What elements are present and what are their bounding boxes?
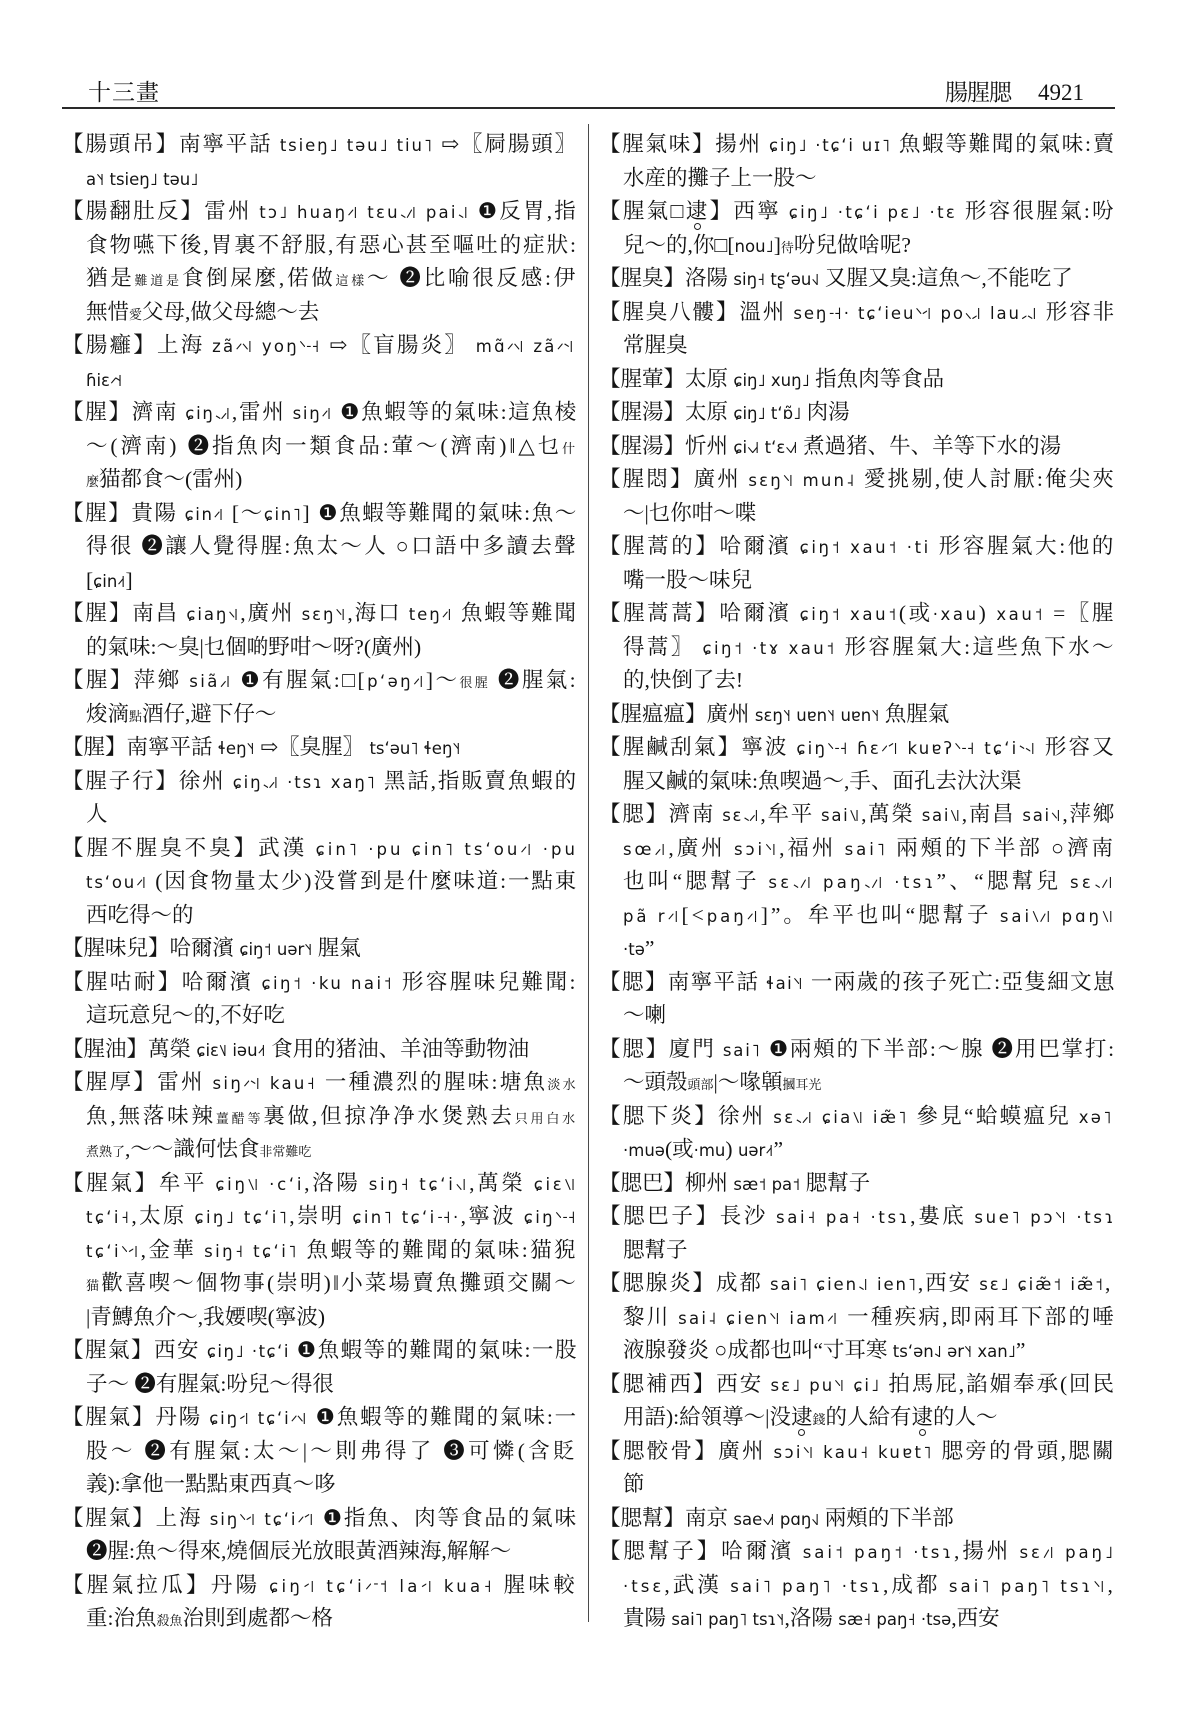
dictionary-entry: 【腥氣】上海 siŋ˥˧˦ tɕʻi˨˦˥ ❶指魚、肉等食品的氣味❷腥:魚～得來…	[62, 1502, 578, 1569]
dictionary-entry: 【腮巴子】長沙 sai˧ pa˧ ·tsɿ,婁底 sue˥ pɔ˥˧ ·tsɿ腮…	[599, 1200, 1116, 1267]
ipa-transcription: sae˧˩˦ pɑŋ˧˩	[733, 1510, 819, 1529]
text-run: 參見“蛤蟆瘟兒	[909, 1104, 1079, 1128]
line-text: 【腥蒿的】哈爾濱 ɕiŋ˦ xau˦ ·ti 形容腥氣大:他的	[599, 530, 1116, 565]
text-run: ～喇	[623, 1003, 666, 1027]
text-segment: 【腥氣】上海 siŋ˥˧˦ tɕʻi˨˦˥ ❶指魚、肉等食品的氣味	[62, 1506, 578, 1530]
text-run: ❶有腥氣:□[	[233, 668, 367, 692]
ipa-transcription: ɕiŋ˩ tʻɒ̃˩	[733, 404, 801, 423]
text-run: 股～ ❷有腥氣:太～|～則弗得了 ❸可憐(含貶	[86, 1439, 578, 1463]
text-run: 【腥子行】徐州	[62, 769, 233, 793]
ipa-transcription: ɦiɛ˨˦˧	[86, 371, 122, 390]
text-run: ,西安	[918, 1271, 979, 1295]
text-segment: 【腥氣□	[599, 199, 686, 223]
ipa-transcription: sɛ˩ pu˥˧ ɕi˩	[771, 1376, 882, 1395]
dictionary-entry: 【腥悶】廣州 sɛŋ˥˧ mun˨ 愛挑剔,使人討厭:俺尖夾～|乜你咁～喋	[599, 463, 1116, 530]
text-segment: 【腥臭八髏】溫州 seŋ˧˧· tɕʻieu˥˧˦ po˧˩˨ lau˩˨˩ 形…	[599, 300, 1116, 324]
text-segment: sœ˩˧,廣州 sɔi˥˧,福州 sai˥ 兩頰的下半部 ○濟南	[623, 836, 1116, 860]
line-text: 麼猫都食～(雷州)	[86, 463, 242, 499]
ipa-transcription: sæ˧ paŋ˧ ·tsə	[838, 1610, 951, 1629]
text-segment: |青鱄魚介～,我婹喫(寧波)	[86, 1305, 325, 1329]
ipa-transcription: siŋ˧ tɕʻi˥	[204, 1242, 299, 1261]
text-run: ”	[773, 1137, 783, 1161]
entry-line: 這玩意兒～的,不好吃	[62, 999, 578, 1033]
text-run: 焌滴	[86, 702, 129, 726]
text-run: 腥氣	[312, 936, 360, 960]
text-run: 【腥湯】太原	[599, 400, 733, 424]
text-run: ”	[1016, 1338, 1026, 1362]
text-run: 【腥湯】忻州	[599, 434, 733, 458]
gloss-note: 摑耳光	[782, 1077, 821, 1092]
dictionary-entry: 【腮幫】南京 sae˧˩˦ pɑŋ˧˩ 兩頰的下半部	[599, 1502, 1116, 1536]
text-segment: ❷腥氣:	[490, 668, 578, 692]
text-run: ]	[774, 233, 781, 257]
text-run: ❷腥:魚～得來,燒個辰光放眼黃酒辣海,解解～	[86, 1539, 511, 1563]
entry-line: 食物嚥下後,胃裏不舒服,有惡心甚至嘔吐的症狀:	[62, 229, 578, 263]
text-run: ❷腥氣:	[490, 668, 578, 692]
dictionary-entry: 【腮下炎】徐州 sɛ˨˩˧ ɕia˥˩ iæ̃˥ 參見“蛤蟆瘟兒 xə˥·muə…	[599, 1100, 1116, 1167]
gloss-note: 麼	[86, 474, 99, 489]
text-run: ❶指魚、肉等食品的氣味	[315, 1506, 578, 1530]
marked-character: 逮	[686, 201, 710, 223]
text-segment: ❷腥:魚～得來,燒個辰光放眼黃酒辣海,解解～	[86, 1539, 511, 1563]
line-text: 【腥氣味】揚州 ɕiŋ˩ ·tɕʻi uɪ˥ 魚蝦等難聞的氣味:賣	[599, 128, 1116, 163]
text-segment: 【腮】南寧平話 ɬai˥˧ 一兩歲的孩子死亡:亞隻細文崽	[599, 970, 1116, 994]
line-text: 貴陽 sai˥ paŋ˥ tsɿ˥˧,洛陽 sæ˧ paŋ˧ ·tsə,西安	[623, 1602, 1000, 1637]
entry-line: 【腸頭吊】南寧平話 tsieŋ˩ təu˩ tiu˥ ⇨〖屙腸頭〗	[62, 128, 578, 162]
ipa-transcription: teŋ˨˦	[409, 605, 454, 624]
ipa-transcription: tsʻən˨˩ ər˥˧ xan˩	[893, 1342, 1016, 1361]
line-text: |青鱄魚介～,我婹喫(寧波)	[86, 1301, 325, 1335]
entry-line: 西吃得～的	[62, 899, 578, 933]
text-segment: 【腮巴子】長沙 sai˧ pa˧ ·tsɿ,婁底 sue˥ pɔ˥˧ ·tsɿ	[599, 1204, 1116, 1228]
text-run: |青鱄魚介～,我婹喫(寧波)	[86, 1305, 325, 1329]
header-rule	[62, 107, 1115, 109]
gloss-note: 非常難吃	[259, 1144, 311, 1159]
text-segment: 【腥臭】洛陽 siŋ˧ tʂʻəu˧˩ 又腥又臭:這魚～,不能吃了	[599, 266, 1073, 290]
ipa-transcription: ɕin˥ ·pu ɕin˥ tsʻou˨˦ ·pu	[316, 840, 578, 859]
text-segment: 【腥湯】太原 ɕiŋ˩ tʻɒ̃˩ 肉湯	[599, 400, 850, 424]
text-run: 裏做,但掠净净水煲熟去	[263, 1104, 514, 1128]
text-segment: 【腥悶】廣州 sɛŋ˥˧ mun˨ 愛挑剔,使人討厭:俺尖夾	[599, 467, 1116, 491]
text-run: 無惜	[86, 300, 129, 324]
ipa-transcription: sɛŋ˥˧ mun˨	[748, 471, 856, 490]
entry-line: 【腸翻肚反】雷州 tɔ˩ huaŋ˨˦ tɛu˨˩˦ pai˨˩ ❶反胃,指	[62, 195, 578, 229]
line-text: 煮熟了,～～識何怯食非常難吃	[86, 1133, 311, 1169]
line-text: 猶是難道是食倒屎麼,偌做這樣～ ❷比喻很反感:伊	[86, 262, 578, 298]
ipa-transcription: tɕʻi˥˧˦	[86, 1242, 141, 1261]
line-text: tsʻou˨˦ (因食物量太少)没嘗到是什麼味道:一點東	[86, 865, 578, 900]
entry-line: 節	[599, 1468, 1116, 1502]
ipa-transcription: ɕin˥	[264, 505, 303, 524]
text-run: 腥又鹹的氣味:魚喫過～,手、面孔去汏汏渠	[623, 769, 1021, 793]
line-text: tɕʻi˥˧˦,金華 siŋ˧ tɕʻi˥ 魚蝦等的難聞的氣味:猫猊	[86, 1234, 578, 1269]
ipa-transcription: ·xau	[933, 605, 979, 624]
text-run: 食用的猪油、羊油等動物油	[266, 1037, 529, 1061]
text-run: 腮幫子	[623, 1238, 688, 1262]
text-run: 愛挑剔,使人討厭:俺尖夾	[856, 467, 1116, 491]
text-segment: 腮幫子	[623, 1238, 688, 1262]
ipa-transcription: ɕiŋ˦ xau˦ ·ti	[800, 538, 931, 557]
text-run: 【腸翻肚反】雷州	[62, 199, 259, 223]
text-run: ,廣州	[668, 836, 734, 860]
text-run: ,揚州	[954, 1539, 1019, 1563]
text-run: 【腥咕耐】哈爾濱	[62, 970, 261, 994]
dictionary-entry: 【腥】濟南 ɕiŋ˨˩˧,雷州 siŋ˨˦ ❶魚蝦等的氣味:這魚棱～(濟南) ❷…	[62, 396, 578, 497]
text-run: ❶兩頰的下半部:～腺 ❷用巴掌打:	[762, 1037, 1116, 1061]
ipa-transcription: ɕiŋ˦ uər˥˧	[239, 940, 312, 959]
gloss-note: 殺魚	[156, 1613, 182, 1628]
entry-line: 嘴一股～味兒	[599, 564, 1116, 598]
text-run: 液腺發炎 ○成都也叫“寸耳寒	[623, 1338, 893, 1362]
ipa-transcription: a˥˧ tsieŋ˩ təu˩	[86, 170, 198, 189]
line-text: 【腥子行】徐州 ɕiŋ˨˩˧ ·tsɿ xaŋ˥ 黑話,指販賣魚蝦的	[62, 765, 578, 800]
text-run: 【腮】濟南	[599, 802, 722, 826]
text-run: 形容非	[1039, 300, 1116, 324]
line-text: 【腥】濟南 ɕiŋ˨˩˧,雷州 siŋ˨˦ ❶魚蝦等的氣味:這魚棱	[62, 396, 578, 431]
text-segment: 用語):給領導～|没	[623, 1405, 791, 1429]
text-segment: 【腸翻肚反】雷州 tɔ˩ huaŋ˨˦ tɛu˨˩˦ pai˨˩ ❶反胃,指	[62, 199, 578, 223]
text-segment: 【腮補西】西安 sɛ˩ pu˥˧ ɕi˩ 拍馬屁,諂媚奉承(回民	[599, 1372, 1116, 1396]
ipa-transcription: ɕiŋ˨˩˧	[185, 404, 232, 423]
ipa-transcription: siŋ˥˧˦ tɕʻi˨˦˥	[210, 1510, 316, 1529]
running-head-characters: 腸腥腮	[945, 78, 1011, 108]
dictionary-entry: 【腥咕耐】哈爾濱 ɕiŋ˦ ·ku nai˦ 形容腥味兒難聞:這玩意兒～的,不好…	[62, 966, 578, 1033]
entry-line: 腮幫子	[599, 1234, 1116, 1268]
entry-line: 兒～的,你□[nou˩]待吩兒做啥呢?	[599, 229, 1116, 263]
line-text: 【腥】南寧平話 ɬeŋ˥˧ ⇨〖臭腥〗 tsʻəu˥ ɬeŋ˥˧	[62, 731, 461, 766]
ipa-transcription: uər˨˦	[738, 1141, 774, 1160]
entry-line: 也叫“腮幫子 sɛ˨˩˦ paŋ˨˩˦ ·tsɿ”、“腮幫兒 sɛ˨˩˦	[599, 865, 1116, 899]
ipa-transcription: ·muə	[623, 1141, 665, 1160]
entry-line: ❷腥:魚～得來,燒個辰光放眼黃酒辣海,解解～	[62, 1535, 578, 1569]
text-segment: 嘴一股～味兒	[623, 568, 752, 592]
entry-line: 【腥葷】太原 ɕiŋ˩ xuŋ˩ 指魚肉等食品	[599, 363, 1116, 397]
entry-line: 【腮幫】南京 sae˧˩˦ pɑŋ˧˩ 兩頰的下半部	[599, 1502, 1116, 1536]
text-run: ⇨〖盲腸炎〗	[322, 333, 476, 357]
text-run: ,	[1108, 1573, 1116, 1597]
text-run: 【腮】廈門	[599, 1037, 723, 1061]
line-text: 【腥氣拉瓜】丹陽 ɕiŋ˧˦ tɕʻi˨˦˦ la˧˦ kua˧ 腥味較	[62, 1569, 578, 1604]
text-segment: 食物嚥下後,胃裏不舒服,有惡心甚至嘔吐的症狀:	[86, 233, 578, 257]
line-text: 【腮巴子】長沙 sai˧ pa˧ ·tsɿ,婁底 sue˥ pɔ˥˧ ·tsɿ	[599, 1200, 1116, 1235]
line-text: 人	[86, 798, 108, 832]
text-run: (或	[899, 601, 933, 625]
text-run: ～|乜你咁～喋	[623, 501, 756, 525]
text-run: |～喙顊	[714, 1070, 783, 1094]
entry-line: tsʻou˨˦ (因食物量太少)没嘗到是什麼味道:一點東	[62, 865, 578, 899]
entry-line: ～|乜你咁～喋	[599, 497, 1116, 531]
text-segment: 【腥油】萬榮 ɕiɛ˥˩ iəu˨˦ 食用的猪油、羊油等動物油	[62, 1037, 529, 1061]
ipa-transcription: ɕiŋ˨˩˧ ·tsɿ xaŋ˥	[233, 773, 377, 792]
text-segment: 【腥厚】雷州 siŋ˨˦˧ kau˧ 一種濃烈的腥味:塘魚	[62, 1070, 547, 1094]
text-run: 【腥臭八髏】溫州	[599, 300, 793, 324]
text-segment: 猫都食～(雷州)	[99, 467, 242, 491]
line-text: 【腥湯】忻州 ɕi˧˩˧ tʻɛ˧˩˦ 煮過猪、牛、羊等下水的湯	[599, 430, 1061, 465]
text-run: ,洛陽	[784, 1606, 838, 1630]
text-segment: 這玩意兒～的,不好吃	[86, 1003, 285, 1027]
text-segment: 焌滴	[86, 702, 129, 726]
text-segment: 【腥咕耐】哈爾濱 ɕiŋ˦ ·ku nai˦ 形容腥味兒難聞:	[62, 970, 578, 994]
text-segment: 【腥】南寧平話 ɬeŋ˥˧ ⇨〖臭腥〗 tsʻəu˥ ɬeŋ˥˧	[62, 735, 461, 759]
text-run: 貴陽	[623, 1606, 671, 1630]
text-run: ⇨〖屙腸頭〗	[434, 132, 578, 156]
ipa-transcription: sai˥˩	[821, 806, 861, 825]
entry-line: 【腥臭八髏】溫州 seŋ˧˧· tɕʻieu˥˧˦ po˧˩˨ lau˩˨˩ 形…	[599, 296, 1116, 330]
line-text: ·tə”	[623, 932, 654, 967]
line-text: 【腥油】萬榮 ɕiɛ˥˩ iəu˨˦ 食用的猪油、羊油等動物油	[62, 1033, 529, 1068]
line-text: 【腥】貴陽 ɕin˨˦ [～ɕin˥] ❶魚蝦等難聞的氣味:魚～	[62, 497, 578, 532]
entry-line: 【腥蒿的】哈爾濱 ɕiŋ˦ xau˦ ·ti 形容腥氣大:他的	[599, 530, 1116, 564]
line-text: pã r˨˦[<paŋ˨˦]”。牟平也叫“腮幫子 sai˥˩˦ pɑŋ˥˩	[623, 899, 1116, 934]
text-segment: 裏做,但掠净净水煲熟去	[263, 1104, 514, 1128]
text-run: ,福州	[779, 836, 845, 860]
text-segment: 吩兒做啥呢?	[794, 233, 911, 257]
line-text: 【腥】萍鄉 siã˩˧ ❶有腥氣:□[pʻəŋ˨˦]～很腥 ❷腥氣:	[62, 664, 578, 700]
text-segment: ·tsɛ,武漢 sai˥ paŋ˥ ·tsɿ,成都 sai˥ paŋ˥ tsɿ˥…	[623, 1573, 1116, 1597]
ipa-transcription: ɕiŋ˧˦ tɕʻi˨˦˨	[209, 1409, 308, 1428]
text-run: 【腥厚】雷州	[62, 1070, 213, 1094]
text-run: 【腥不腥臭不臭】武漢	[62, 836, 316, 860]
entry-line: ɦiɛ˨˦˧	[62, 363, 578, 397]
entry-line: 【腮】濟南 sɛ˨˩˧,牟平 sai˥˩,萬榮 sai˥˩,南昌 sai˦˨,萍…	[599, 798, 1116, 832]
text-segment: 子～ ❷有腥氣:吩兒～得很	[86, 1372, 334, 1396]
line-text: [ɕin˨˦]	[86, 564, 133, 599]
entry-line: 用語):給領導～|没逮錢的人給有逮的人～	[599, 1401, 1116, 1435]
ipa-transcription: seŋ˧˧· tɕʻieu˥˧˦ po˧˩˨ lau˩˨˩	[793, 304, 1038, 323]
text-segment: 得很 ❷讓人覺得腥:魚太～人 ○口語中多讀去聲	[86, 534, 578, 558]
ipa-transcription: sɔi˥˧ kau˧ kuɐt˥	[774, 1443, 934, 1462]
text-run: 形容腥味兒難聞:	[394, 970, 578, 994]
ipa-transcription: ɕiŋ˩ ·tɕʻi pɛ˩ ·tɛ	[789, 203, 957, 222]
text-segment: 【腮下炎】徐州 sɛ˨˩˧ ɕia˥˩ iæ̃˥ 參見“蛤蟆瘟兒 xə˥	[599, 1104, 1114, 1128]
ipa-transcription: zã˨˦˨ yoŋ˥˧˧	[212, 337, 322, 356]
ipa-transcription: ɕiŋ˦ ·tɤ xau˦	[703, 639, 837, 658]
line-text: 【腥氣】牟平 ɕiŋ˥˩ ·cʻi,洛陽 siŋ˧ tɕʻi˧˩,萬榮 ɕiɛ˥…	[62, 1167, 578, 1202]
text-run: 腮旁的骨頭,腮關	[934, 1439, 1116, 1463]
text-run: 形容很腥氣:吩	[957, 199, 1116, 223]
gloss-note: 薑醋等	[216, 1111, 263, 1126]
ipa-transcription: ɕiŋ˥˩ ·cʻi	[215, 1175, 304, 1194]
text-run: ❶魚蝦等的難聞的氣味:一	[308, 1405, 578, 1429]
ipa-transcription: sai˥ paŋ˥ tsɿ˥˧	[671, 1610, 784, 1629]
line-text: a˥˧ tsieŋ˩ təu˩	[86, 162, 198, 197]
text-run: 【腥葷】太原	[599, 367, 733, 391]
text-segment: 【腥子行】徐州 ɕiŋ˨˩˧ ·tsɿ xaŋ˥ 黑話,指販賣魚蝦的	[62, 769, 578, 793]
text-segment: 【腥湯】忻州 ɕi˧˩˧ tʻɛ˧˩˦ 煮過猪、牛、羊等下水的湯	[599, 434, 1061, 458]
line-text: 【腥咕耐】哈爾濱 ɕiŋ˦ ·ku nai˦ 形容腥味兒難聞:	[62, 966, 578, 1001]
marked-character: 逮	[791, 1407, 813, 1429]
ipa-transcription: sɔi˥˧	[734, 840, 779, 859]
text-run: 食物嚥下後,胃裏不舒服,有惡心甚至嘔吐的症狀:	[86, 233, 578, 257]
entry-line: 【腥鹹刮氣】寧波 ɕiŋ˥˧˧ ɦɛ˨˦˥ kuɐʔ˥˧˧ tɕʻi˦˧˨ 形容…	[599, 731, 1116, 765]
text-run: 【腥臭】洛陽	[599, 266, 733, 290]
ipa-transcription: siŋ˧ tʂʻəu˧˩	[733, 270, 819, 289]
text-run: 【腥】萍鄉	[62, 668, 189, 692]
line-text: ～喇	[623, 999, 666, 1033]
dictionary-entry: 【腮補西】西安 sɛ˩ pu˥˧ ɕi˩ 拍馬屁,諂媚奉承(回民用語):給領導～…	[599, 1368, 1116, 1435]
ipa-transcription: paŋ˨˦	[707, 907, 761, 926]
entry-line: 【腥】萍鄉 siã˩˧ ❶有腥氣:□[pʻəŋ˨˦]～很腥 ❷腥氣:	[62, 664, 578, 698]
line-text: 焌滴點酒仔,避下仔～	[86, 698, 276, 734]
text-run: [<	[682, 903, 707, 927]
text-run: 又腥又臭:這魚～,不能吃了	[819, 266, 1072, 290]
text-segment: ～|乜你咁～喋	[623, 501, 756, 525]
dictionary-entry: 【腥油】萬榮 ɕiɛ˥˩ iəu˨˦ 食用的猪油、羊油等動物油	[62, 1033, 578, 1067]
ipa-transcription: ɕin˨˦	[185, 505, 225, 524]
text-run: 【腮】南寧平話	[599, 970, 766, 994]
entry-line: |青鱄魚介～,我婹喫(寧波)	[62, 1301, 578, 1335]
ipa-transcription: ɕiŋ˧˦ tɕʻi˨˦˦ la˧˦ kua˧	[269, 1577, 495, 1596]
entry-line: [ɕin˨˦]	[62, 564, 578, 598]
entry-line: 腥又鹹的氣味:魚喫過～,手、面孔去汏汏渠	[599, 765, 1116, 799]
gloss-note: 難道是	[135, 273, 182, 288]
text-run: ,寧波	[461, 1204, 524, 1228]
entry-line: sœ˩˧,廣州 sɔi˥˧,福州 sai˥ 兩頰的下半部 ○濟南	[599, 832, 1116, 866]
line-text: 腮幫子	[623, 1234, 688, 1268]
entry-line: ·tsɛ,武漢 sai˥ paŋ˥ ·tsɿ,成都 sai˥ paŋ˥ tsɿ˥…	[599, 1569, 1116, 1603]
text-run: ,金華	[141, 1238, 204, 1262]
text-segment: 【腥】萍鄉 siã˩˧ ❶有腥氣:□[pʻəŋ˨˦]～	[62, 668, 459, 692]
text-run: ,萬榮	[469, 1171, 534, 1195]
line-text: 【腮】廈門 sai˥ ❶兩頰的下半部:～腺 ❷用巴掌打:	[599, 1033, 1116, 1068]
text-segment: 【腥】南昌 ɕiaŋ˦˨,廣州 sɛŋ˥˧,海口 teŋ˨˦ 魚蝦等難聞	[62, 601, 578, 625]
line-text: 這玩意兒～的,不好吃	[86, 999, 285, 1033]
dictionary-entry: 【腥臭】洛陽 siŋ˧ tʂʻəu˧˩ 又腥又臭:這魚～,不能吃了	[599, 262, 1116, 296]
gloss-note: 什	[562, 441, 578, 456]
line-text: 【腥鹹刮氣】寧波 ɕiŋ˥˧˧ ɦɛ˨˦˥ kuɐʔ˥˧˧ tɕʻi˦˧˨ 形容…	[599, 731, 1116, 766]
entry-line: 【腥】南寧平話 ɬeŋ˥˧ ⇨〖臭腥〗 tsʻəu˥ ɬeŋ˥˧	[62, 731, 578, 765]
line-text: 用語):給領導～|没逮錢的人給有逮的人～	[623, 1401, 998, 1437]
ipa-transcription: ɕiŋ˩ xuŋ˩	[733, 371, 809, 390]
text-segment: 也叫“腮幫子 sɛ˨˩˦ paŋ˨˩˦ ·tsɿ”、“腮幫兒 sɛ˨˩˦	[623, 869, 1116, 893]
text-run: 形容又	[1037, 735, 1116, 759]
ipa-transcription: tɔ˩ huaŋ˨˦ tɛu˨˩˦ pai˨˩	[259, 203, 470, 222]
ipa-transcription: ɬeŋ˥˧	[218, 739, 255, 758]
ipa-transcription: ɬai˥˧	[766, 974, 804, 993]
ipa-transcription: ɕiaŋ˦˨	[186, 605, 240, 624]
line-text: 水産的攤子上一股～	[623, 162, 817, 196]
text-segment: 義):拿他一點點東西真～哆	[86, 1472, 336, 1496]
ipa-transcription: sai˦˨	[1022, 806, 1062, 825]
ipa-transcription: siŋ˧ tɕʻi˧˩	[369, 1175, 469, 1194]
line-text: 【腥氣】上海 siŋ˥˧˦ tɕʻi˨˦˥ ❶指魚、肉等食品的氣味	[62, 1502, 578, 1537]
entry-line: ·muə(或·mu) uər˨˦”	[599, 1133, 1116, 1167]
text-segment: 人	[86, 802, 108, 826]
entry-line: 【腥氣】西安 ɕiŋ˩ ·tɕʻi ❶魚蝦等的難聞的氣味:一股	[62, 1334, 578, 1368]
text-run: 魚腥氣	[879, 702, 949, 726]
text-segment: 水産的攤子上一股～	[623, 166, 817, 190]
ipa-transcription: sɛ˩ ɕiæ̃˦ iæ̃˦	[979, 1275, 1105, 1294]
entry-line: 【腥】南昌 ɕiaŋ˦˨,廣州 sɛŋ˥˧,海口 teŋ˨˦ 魚蝦等難聞	[62, 597, 578, 631]
text-segment: tɕʻi˥˧˦,金華 siŋ˧ tɕʻi˥ 魚蝦等的難聞的氣味:猫猊	[86, 1238, 578, 1262]
text-run: 西吃得～的	[86, 903, 194, 927]
text-segment: 【腮】廈門 sai˥ ❶兩頰的下半部:～腺 ❷用巴掌打:	[599, 1037, 1116, 1061]
text-run: 也叫“腮幫子	[623, 869, 768, 893]
text-segment: 魚,無落味辣	[86, 1104, 216, 1128]
text-segment: 【腥】濟南 ɕiŋ˨˩˧,雷州 siŋ˨˦ ❶魚蝦等的氣味:這魚棱	[62, 400, 578, 424]
text-run: 嘴一股～味兒	[623, 568, 752, 592]
text-run: 【腮幫】南京	[599, 1506, 733, 1530]
text-segment: 股～ ❷有腥氣:太～|～則弗得了 ❸可憐(含貶	[86, 1439, 578, 1463]
text-run: ,牟平	[760, 802, 821, 826]
dictionary-entry: 【腸癰】上海 zã˨˦˨ yoŋ˥˧˧ ⇨〖盲腸炎〗 mɑ̃˨˦˨ zã˨˦˧ɦ…	[62, 329, 578, 396]
text-run: ”、“腮幫兒	[937, 869, 1070, 893]
entry-line: 【腮】廈門 sai˥ ❶兩頰的下半部:～腺 ❷用巴掌打:	[599, 1033, 1116, 1067]
text-run: ～頭殼	[623, 1070, 688, 1094]
text-run: 腮幫子	[800, 1171, 870, 1195]
text-run: 【腮骹骨】廣州	[599, 1439, 774, 1463]
text-segment: |～喙顊	[714, 1070, 783, 1094]
text-run: ]	[125, 568, 132, 592]
text-run: 【腥氣】西安	[62, 1338, 207, 1362]
entry-line: 常腥臭	[599, 329, 1116, 363]
dictionary-entry: 【腥】貴陽 ɕin˨˦ [～ɕin˥] ❶魚蝦等難聞的氣味:魚～得很 ❷讓人覺得…	[62, 497, 578, 598]
ipa-transcription: ɕin˥ tɕʻi˧˧·	[352, 1208, 460, 1227]
ipa-transcription: sue˥ pɔ˥˧ ·tsɿ	[974, 1208, 1116, 1227]
ipa-transcription: xə˥	[1079, 1108, 1114, 1127]
line-text: 【腥味兒】哈爾濱 ɕiŋ˦ uər˥˧ 腥氣	[62, 932, 361, 967]
line-text: 猫歡喜喫～個物事(崇明)‖小菜場賣魚攤頭交關～	[86, 1267, 578, 1303]
text-run: 【腥氣拉瓜】丹陽	[62, 1573, 269, 1597]
text-run: 【腥油】萬榮	[62, 1037, 196, 1061]
text-run: ,崇明	[289, 1204, 352, 1228]
ipa-transcription: sɛ˨˩˦	[1070, 873, 1116, 892]
text-segment: 【腥氣】丹陽 ɕiŋ˧˦ tɕʻi˨˦˨ ❶魚蝦等的難聞的氣味:一	[62, 1405, 578, 1429]
text-run: 【腮腺炎】成都	[599, 1271, 770, 1295]
text-run: ,武漢	[664, 1573, 730, 1597]
entry-line: 【腮腺炎】成都 sai˥ ɕien˨˩ ien˥,西安 sɛ˩ ɕiæ̃˦ iæ…	[599, 1267, 1116, 1301]
entry-line: ·tə”	[599, 932, 1116, 966]
text-run: 猫都食～(雷州)	[99, 467, 242, 491]
line-text: 【腥葷】太原 ɕiŋ˩ xuŋ˩ 指魚肉等食品	[599, 363, 944, 398]
line-text: 兒～的,你□[nou˩]待吩兒做啥呢?	[623, 229, 911, 265]
dictionary-entry: 【腮骹骨】廣州 sɔi˥˧ kau˧ kuɐt˥ 腮旁的骨頭,腮關節	[599, 1435, 1116, 1502]
entry-line: ～頭殼頭部|～喙顊摑耳光	[599, 1066, 1116, 1100]
entry-line: a˥˧ tsieŋ˩ təu˩	[62, 162, 578, 196]
text-run: 指魚肉等食品	[810, 367, 944, 391]
gloss-note: 淡水	[547, 1077, 578, 1092]
entry-line: 【腮補西】西安 sɛ˩ pu˥˧ ɕi˩ 拍馬屁,諂媚奉承(回民	[599, 1368, 1116, 1402]
text-segment: ,～～識何怯食	[125, 1137, 259, 1161]
text-segment: 【腸頭吊】南寧平話 tsieŋ˩ təu˩ tiu˥ ⇨〖屙腸頭〗	[62, 132, 578, 156]
line-text: 嘴一股～味兒	[623, 564, 752, 598]
text-segment: 的人給有	[825, 1405, 911, 1429]
text-run: 用語):給領導～|没	[623, 1405, 791, 1429]
line-text: 【腥臭】洛陽 siŋ˧ tʂʻəu˧˩ 又腥又臭:這魚～,不能吃了	[599, 262, 1073, 297]
text-run: ～(濟南) ❷指魚肉一類食品:葷～(濟南)‖△乜	[86, 434, 562, 458]
ipa-transcription: tɕʻi˧	[86, 1208, 131, 1227]
text-run: 兩頰的下半部 ○濟南	[888, 836, 1116, 860]
text-run: 父母,做父母總～去	[142, 300, 319, 324]
ipa-transcription: sai˧ pa˧ ·tsɿ	[776, 1208, 910, 1227]
text-run: )	[979, 601, 997, 625]
ipa-transcription: sai˨ ɕien˥˧ iam˨˦	[678, 1309, 839, 1328]
ipa-transcription: sai˥	[845, 840, 888, 859]
entry-line: 人	[62, 798, 578, 832]
text-segment: tɕʻi˧,太原 ɕiŋ˩ tɕʻi˥,崇明 ɕin˥ tɕʻi˧˧·,寧波 ɕ…	[86, 1204, 578, 1228]
line-text: 也叫“腮幫子 sɛ˨˩˦ paŋ˨˩˦ ·tsɿ”、“腮幫兒 sɛ˨˩˦	[623, 865, 1116, 900]
gloss-note: 待	[781, 240, 794, 255]
text-run: ❶魚蝦等的氣味:這魚棱	[333, 400, 578, 424]
dictionary-entry: 【腮】濟南 sɛ˨˩˧,牟平 sai˥˩,萬榮 sai˥˩,南昌 sai˦˨,萍…	[599, 798, 1116, 966]
line-text: 【腥氣□逮】西寧 ɕiŋ˩ ·tɕʻi pɛ˩ ·tɛ 形容很腥氣:吩	[599, 195, 1116, 230]
text-run: 得蒿〗	[623, 635, 703, 659]
ipa-transcription: xau˦	[996, 605, 1045, 624]
gloss-note: 這樣	[336, 273, 368, 288]
entry-line: 得很 ❷讓人覺得腥:魚太～人 ○口語中多讀去聲	[62, 530, 578, 564]
line-text: 【腥臭八髏】溫州 seŋ˧˧· tɕʻieu˥˧˦ po˧˩˨ lau˩˨˩ 形…	[599, 296, 1116, 331]
text-segment: ·muə(或·mu) uər˨˦”	[623, 1137, 783, 1161]
